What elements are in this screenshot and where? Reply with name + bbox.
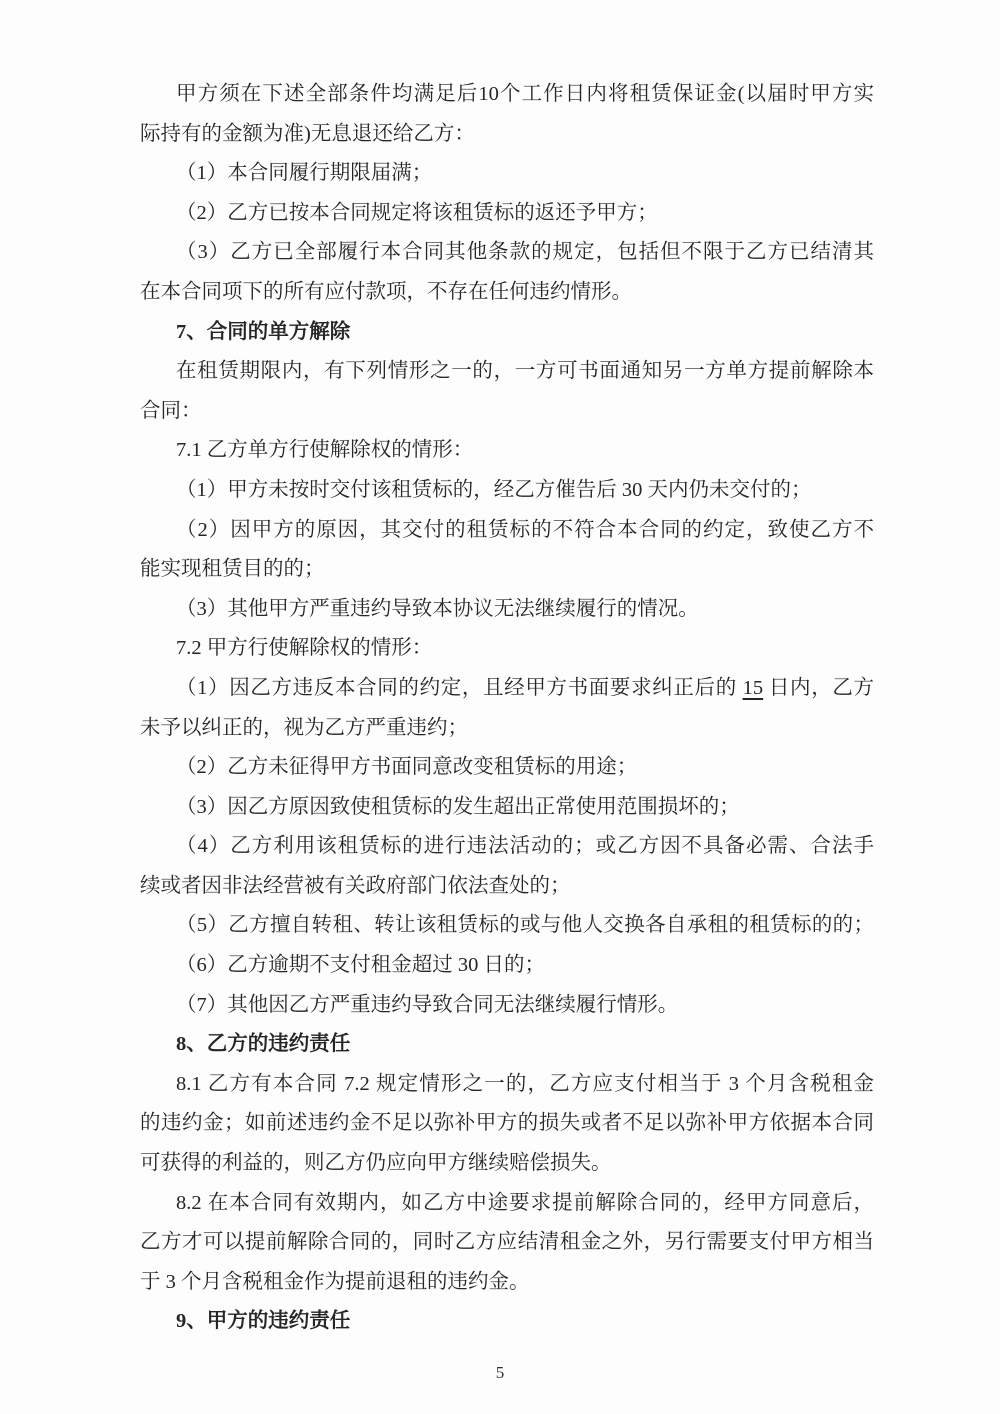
text-segment: 日内，乙方	[763, 677, 874, 699]
text-line: （5）乙方擅自转租、转让该租赁标的或与他人交换各自承租的租赁标的的；	[140, 906, 874, 946]
text-line: 7.1 乙方单方行使解除权的情形：	[140, 431, 874, 471]
text-line: （7）其他因乙方严重违约导致合同无法继续履行情形。	[140, 986, 874, 1026]
document-page: 甲方须在下述全部条件均满足后10个工作日内将租赁保证金(以届时甲方实际持有的金额…	[0, 0, 1000, 1414]
page-number: 5	[496, 1363, 505, 1382]
text-line: （2）乙方未征得甲方书面同意改变租赁标的用途；	[140, 748, 874, 788]
text-segment: （1）因乙方违反本合同的约定，且经甲方书面要求纠正后的	[176, 677, 743, 699]
text-line: 甲方须在下述全部条件均满足后10个工作日内将租赁保证金(以届时甲方实	[140, 75, 874, 115]
text-line: （6）乙方逾期不支付租金超过 30 日的；	[140, 946, 874, 986]
text-line: 乙方才可以提前解除合同的，同时乙方应结清租金之外，另行需要支付甲方相当	[140, 1223, 874, 1263]
text-line: （3）乙方已全部履行本合同其他条款的规定，包括但不限于乙方已结清其	[140, 233, 874, 273]
text-line: （3）其他甲方严重违约导致本协议无法继续履行的情况。	[140, 590, 874, 630]
text-line: 际持有的金额为准)无息退还给乙方：	[140, 115, 874, 155]
text-line: 于 3 个月含税租金作为提前退租的违约金。	[140, 1263, 874, 1303]
section-heading: 7、合同的单方解除	[140, 313, 874, 353]
text-line: 未予以纠正的，视为乙方严重违约；	[140, 709, 874, 749]
text-line: （1）甲方未按时交付该租赁标的，经乙方催告后 30 天内仍未交付的；	[140, 471, 874, 511]
text-line: 能实现租赁目的的；	[140, 550, 874, 590]
text-line: 在租赁期限内，有下列情形之一的，一方可书面通知另一方单方提前解除本	[140, 352, 874, 392]
text-line: 7.2 甲方行使解除权的情形：	[140, 629, 874, 669]
text-line: 在本合同项下的所有应付款项，不存在任何违约情形。	[140, 273, 874, 313]
text-line: （2）乙方已按本合同规定将该租赁标的返还予甲方；	[140, 194, 874, 234]
text-line: 可获得的利益的，则乙方仍应向甲方继续赔偿损失。	[140, 1144, 874, 1184]
section-heading: 9、甲方的违约责任	[140, 1302, 874, 1342]
text-line: （1）因乙方违反本合同的约定，且经甲方书面要求纠正后的 15 日内，乙方	[140, 669, 874, 709]
text-line: （3）因乙方原因致使租赁标的发生超出正常使用范围损坏的；	[140, 788, 874, 828]
text-line: 8.1 乙方有本合同 7.2 规定情形之一的，乙方应支付相当于 3 个月含税租金	[140, 1065, 874, 1105]
text-line: （2）因甲方的原因，其交付的租赁标的不符合本合同的约定，致使乙方不	[140, 511, 874, 551]
text-line: （1）本合同履行期限届满；	[140, 154, 874, 194]
section-heading: 8、乙方的违约责任	[140, 1025, 874, 1065]
text-line: 合同：	[140, 392, 874, 432]
document-body: 甲方须在下述全部条件均满足后10个工作日内将租赁保证金(以届时甲方实际持有的金额…	[140, 75, 874, 1342]
underlined-value: 15	[743, 677, 764, 699]
text-line: （4）乙方利用该租赁标的进行违法活动的；或乙方因不具备必需、合法手	[140, 827, 874, 867]
text-line: 续或者因非法经营被有关政府部门依法查处的；	[140, 867, 874, 907]
text-line: 的违约金；如前述违约金不足以弥补甲方的损失或者不足以弥补甲方依据本合同	[140, 1104, 874, 1144]
text-line: 8.2 在本合同有效期内，如乙方中途要求提前解除合同的，经甲方同意后，	[140, 1184, 874, 1224]
page-footer: 5	[0, 1362, 1000, 1384]
